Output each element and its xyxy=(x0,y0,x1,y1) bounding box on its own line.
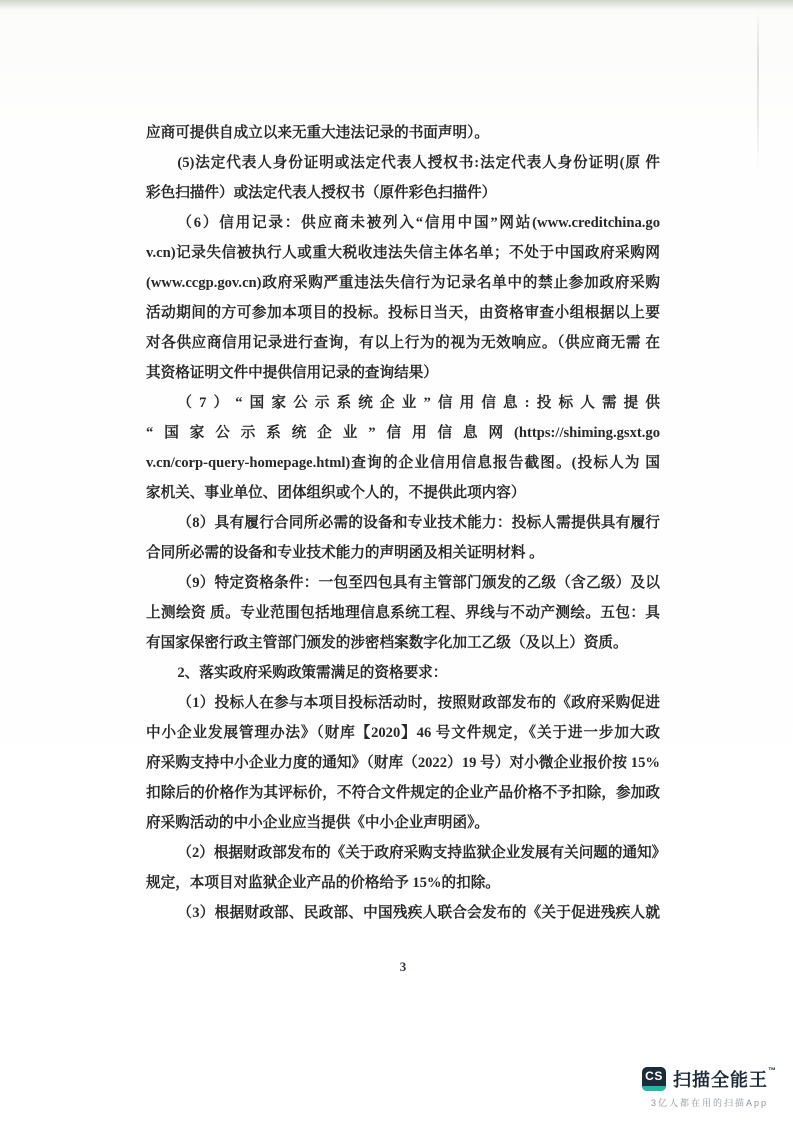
camscanner-icon-label: CS xyxy=(642,1067,666,1086)
text-line: 有国家保密行政主管部门颁发的涉密档案数字化加工乙级（及以上）资质。 xyxy=(146,628,660,658)
trademark-symbol: ™ xyxy=(768,1066,777,1075)
text-line: v.cn)记录失信被执行人或重大税收违法失信主体名单；不处于中国政府采购网 xyxy=(146,238,660,268)
text-line: （3）根据财政部、民政部、中国残疾人联合会发布的《关于促进残疾人就 xyxy=(146,898,660,928)
document-body: 应商可提供自成立以来无重大违法记录的书面声明）。(5)法定代表人身份证明或法定代… xyxy=(146,118,660,928)
text-line: 府采购支持中小企业力度的通知》（财库（2022）19 号）对小微企业报价按 15… xyxy=(146,748,660,778)
text-line: （6）信用记录：供应商未被列入“信用中国”网站(www.creditchina.… xyxy=(146,208,660,238)
camscanner-logo-icon: CS xyxy=(642,1067,666,1091)
text-line: 其资格证明文件中提供信用记录的查询结果） xyxy=(146,358,660,388)
text-line: 规定，本项目对监狱企业产品的价格给予 15%的扣除。 xyxy=(146,868,660,898)
scanned-page: 应商可提供自成立以来无重大违法记录的书面声明）。(5)法定代表人身份证明或法定代… xyxy=(0,0,793,1122)
text-line: 应商可提供自成立以来无重大违法记录的书面声明）。 xyxy=(146,118,660,148)
camscanner-brand-row: CS 扫描全能王™ xyxy=(642,1066,777,1092)
text-line: （8）具有履行合同所必需的设备和专业技术能力：投标人需提供具有履行 xyxy=(146,508,660,538)
text-line: 彩色扫描件）或法定代表人授权书（原件彩色扫描件） xyxy=(146,178,660,208)
text-line: （1）投标人在参与本项目投标活动时，按照财政部发布的《政府采购促进 xyxy=(146,688,660,718)
scan-edge-artifact xyxy=(0,0,793,10)
text-line: v.cn/corp-query-homepage.html)查询的企业信用信息报… xyxy=(146,448,660,478)
text-line: （2）根据财政部发布的《关于政府采购支持监狱企业发展有关问题的通知》 xyxy=(146,838,660,868)
text-line: 2、落实政府采购政策需满足的资格要求： xyxy=(146,658,660,688)
text-line: 活动期间的方可参加本项目的投标。投标日当天，由资格审查小组根据以上要 求 xyxy=(146,298,660,328)
text-line: 上测绘资 质。专业范围包括地理信息系统工程、界线与不动产测绘。五包：具 xyxy=(146,598,660,628)
camscanner-icon-bar xyxy=(642,1086,666,1091)
text-line: “国家公示系统企业”信用信息网(https://shiming.gsxt.go xyxy=(146,418,660,448)
text-line: (www.ccgp.gov.cn)政府采购严重违法失信行为记录名单中的禁止参加政… xyxy=(146,268,660,298)
text-line: (5)法定代表人身份证明或法定代表人授权书:法定代表人身份证明(原 件 xyxy=(146,148,660,178)
text-line: 中小企业发展管理办法》（财库【2020】46 号文件规定，《关于进一步加大政 xyxy=(146,718,660,748)
text-line: 家机关、事业单位、团体组织或个人的，不提供此项内容） xyxy=(146,478,660,508)
text-line: （7）“国家公示系统企业”信用信息:投标人需提供 xyxy=(146,388,660,418)
text-line: （9）特定资格条件：一包至四包具有主管部门颁发的乙级（含乙级）及以 xyxy=(146,568,660,598)
page-number: 3 xyxy=(146,952,660,982)
scan-crease-artifact xyxy=(757,10,759,170)
brand-name-text: 扫描全能王 xyxy=(673,1070,768,1090)
text-line: 扣除后的价格作为其评标价，不符合文件规定的企业产品价格不予扣除，参加政 xyxy=(146,778,660,808)
brand-name: 扫描全能王™ xyxy=(673,1066,777,1092)
text-line: 对各供应商信用记录进行查询，有以上行为的视为无效响应。（供应商无需 在 xyxy=(146,328,660,358)
text-line: 府采购活动的中小企业应当提供《中小企业声明函》。 xyxy=(146,808,660,838)
camscanner-watermark: CS 扫描全能王™ 3亿人都在用的扫描App xyxy=(642,1066,777,1109)
brand-tagline: 3亿人都在用的扫描App xyxy=(642,1096,777,1109)
text-line: 合同所必需的设备和专业技术能力的声明函及相关证明材料 。 xyxy=(146,538,660,568)
